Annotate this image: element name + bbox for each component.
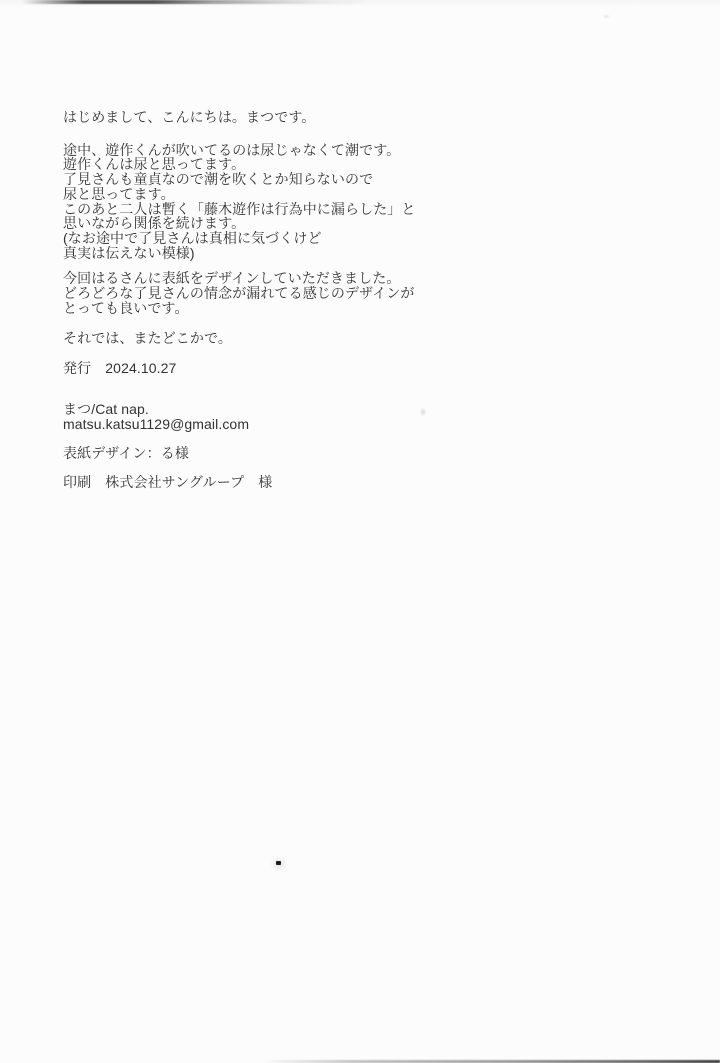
- scan-artifact-top-edge: [22, 0, 370, 4]
- afterword-paragraph: 印刷 株式会社サングループ 様: [63, 475, 683, 490]
- afterword-line: 遊作くんは尿と思ってます。: [63, 157, 683, 172]
- afterword-line: 今回はるさんに表紙をデザインしていただきました。: [63, 271, 683, 286]
- afterword-line: とっても良いです。: [63, 301, 683, 316]
- afterword-line: 表紙デザイン：る様: [63, 446, 683, 461]
- afterword-line: (なお途中で了見さんは真相に気づくけど: [63, 231, 683, 246]
- afterword-line: それでは、またどこかで。: [63, 331, 683, 346]
- afterword-line: 尿と思ってます。: [63, 187, 683, 202]
- afterword-paragraph: はじめまして、こんにちは。まつです。: [63, 110, 683, 125]
- afterword-line: 途中、遊作くんが吹いてるのは尿じゃなくて潮です。: [63, 143, 683, 158]
- scanned-afterword-page: はじめまして、こんにちは。まつです。途中、遊作くんが吹いてるのは尿じゃなくて潮で…: [0, 0, 720, 1063]
- afterword-line: matsu.katsu1129@gmail.com: [63, 417, 683, 432]
- afterword-line: 了見さんも童貞なので潮を吹くとか知らないので: [63, 172, 683, 187]
- ink-speck: [276, 861, 281, 865]
- afterword-paragraph: 表紙デザイン：る様: [63, 446, 683, 461]
- faint-scan-speck-top: [602, 13, 611, 20]
- afterword-line: どろどろな了見さんの情念が漏れてる感じのデザインが: [63, 286, 683, 301]
- afterword-paragraph: 発行 2024.10.27: [63, 361, 683, 376]
- afterword-line: はじめまして、こんにちは。まつです。: [63, 110, 683, 125]
- afterword-line: 印刷 株式会社サングループ 様: [63, 475, 683, 490]
- afterword-paragraph: それでは、またどこかで。: [63, 331, 683, 346]
- afterword-line: このあと二人は暫く「藤木遊作は行為中に漏らした」と: [63, 202, 683, 217]
- afterword-paragraph: 今回はるさんに表紙をデザインしていただきました。どろどろな了見さんの情念が漏れて…: [63, 271, 683, 315]
- afterword-paragraph: まつ/Cat nap.matsu.katsu1129@gmail.com: [63, 402, 683, 431]
- afterword-paragraph: 途中、遊作くんが吹いてるのは尿じゃなくて潮です。遊作くんは尿と思ってます。了見さ…: [63, 143, 683, 261]
- afterword-text-block: はじめまして、こんにちは。まつです。途中、遊作くんが吹いてるのは尿じゃなくて潮で…: [63, 110, 683, 490]
- afterword-line: 真実は伝えない模様): [63, 246, 683, 261]
- afterword-line: まつ/Cat nap.: [63, 402, 683, 417]
- afterword-line: 発行 2024.10.27: [63, 361, 683, 376]
- afterword-line: 思いながら関係を続けます。: [63, 216, 683, 231]
